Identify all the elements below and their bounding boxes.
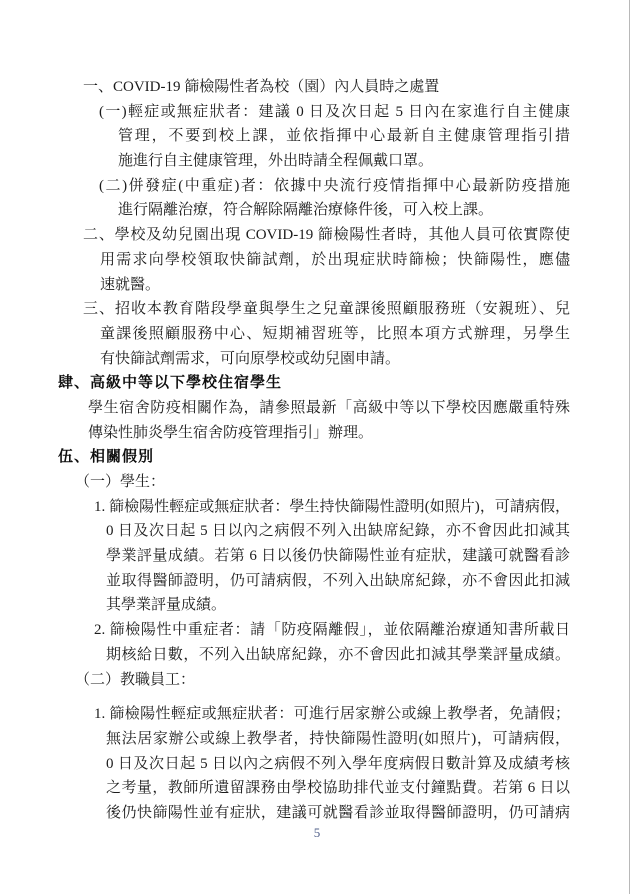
page-number: 5 <box>0 822 634 844</box>
page-edge-divider <box>629 0 630 894</box>
text-line: 用需求向學校領取快篩試劑，於出現症狀時篩檢；快篩陽性，應儘 <box>100 248 570 273</box>
staff-subheading: （二）教職員工： <box>75 668 570 693</box>
text-line: 0 日及次日起 5 日以內之病假不列入出缺席紀錄，亦不會因此扣減其 <box>106 519 570 544</box>
text-line: 學業評量成績。若第 6 日以後仍快篩陽性並有症狀，建議可就醫看診 <box>106 544 570 569</box>
text-line: 進行隔離治療，符合解除隔離治療條件後，可入校上課。 <box>118 198 570 223</box>
document-page: 一、COVID-19 篩檢陽性者為校（園）內人員時之處置 (一)輕症或無症狀者：… <box>0 0 634 894</box>
text-line: 無法居家辦公或線上教學者，持快篩陽性證明(如照片)，可請病假， <box>106 727 570 752</box>
text-line: 速就醫。 <box>100 273 570 298</box>
text-line: 0 日及次日起 5 日以內之病假不列入學年度病假日數計算及成績考核 <box>106 752 570 777</box>
item-2-line: 二、學校及幼兒園出現 COVID-19 篩檢陽性者時，其他人員可依實際使 <box>83 223 570 248</box>
text-line: 施進行自主健康管理，外出時請全程佩戴口罩。 <box>118 149 570 174</box>
item-3-line: 三、招收本教育階段學童與學生之兒童課後照顧服務班（安親班）、兒 <box>83 297 570 322</box>
staff-item-1-line: 1. 篩檢陽性輕症或無症狀者：可進行居家辦公或線上教學者，免請假； <box>94 702 570 727</box>
section-heading-5: 伍、相關假別 <box>58 445 570 470</box>
text-line: 並取得醫師證明，仍可請病假，不列入出缺席紀錄，亦不會因此扣減 <box>106 569 570 594</box>
item-1-heading: 一、COVID-19 篩檢陽性者為校（園）內人員時之處置 <box>83 75 570 100</box>
text-line: 其學業評量成績。 <box>106 593 570 618</box>
document-body: 一、COVID-19 篩檢陽性者為校（園）內人員時之處置 (一)輕症或無症狀者：… <box>0 75 634 826</box>
text-line: 有快篩試劑需求，可向原學校或幼兒園申請。 <box>100 347 570 372</box>
text-line: 之考量，教師所遺留課務由學校協助排代並支付鐘點費。若第 6 日以 <box>106 776 570 801</box>
item-1-sub-1-line: (一)輕症或無症狀者：建議 0 日及次日起 5 日內在家進行自主健康 <box>99 100 570 125</box>
students-item-2-line: 2. 篩檢陽性中重症者：請「防疫隔離假」，並依隔離治療通知書所載日 <box>94 618 570 643</box>
text-line: 童課後照顧服務中心、短期補習班等，比照本項方式辦理，另學生 <box>100 322 570 347</box>
item-1-sub-2-line: (二)併發症(中重症)者：依據中央流行疫情指揮中心最新防疫措施 <box>99 174 570 199</box>
students-item-1-line: 1. 篩檢陽性輕症或無症狀者：學生持快篩陽性證明(如照片)，可請病假， <box>94 495 570 520</box>
students-subheading: （一）學生： <box>75 470 570 495</box>
text-line: 期核給日數，不列入出缺席紀錄，亦不會因此扣減其學業評量成績。 <box>106 643 570 668</box>
text-line: 學生宿舍防疫相關作為，請參照最新「高級中等以下學校因應嚴重特殊 <box>88 396 570 421</box>
text-line: 管理，不要到校上課，並依指揮中心最新自主健康管理指引措 <box>118 124 570 149</box>
section-heading-4: 肆、高級中等以下學校住宿學生 <box>58 371 570 396</box>
text-line: 傳染性肺炎學生宿舍防疫管理指引」辦理。 <box>88 421 570 446</box>
